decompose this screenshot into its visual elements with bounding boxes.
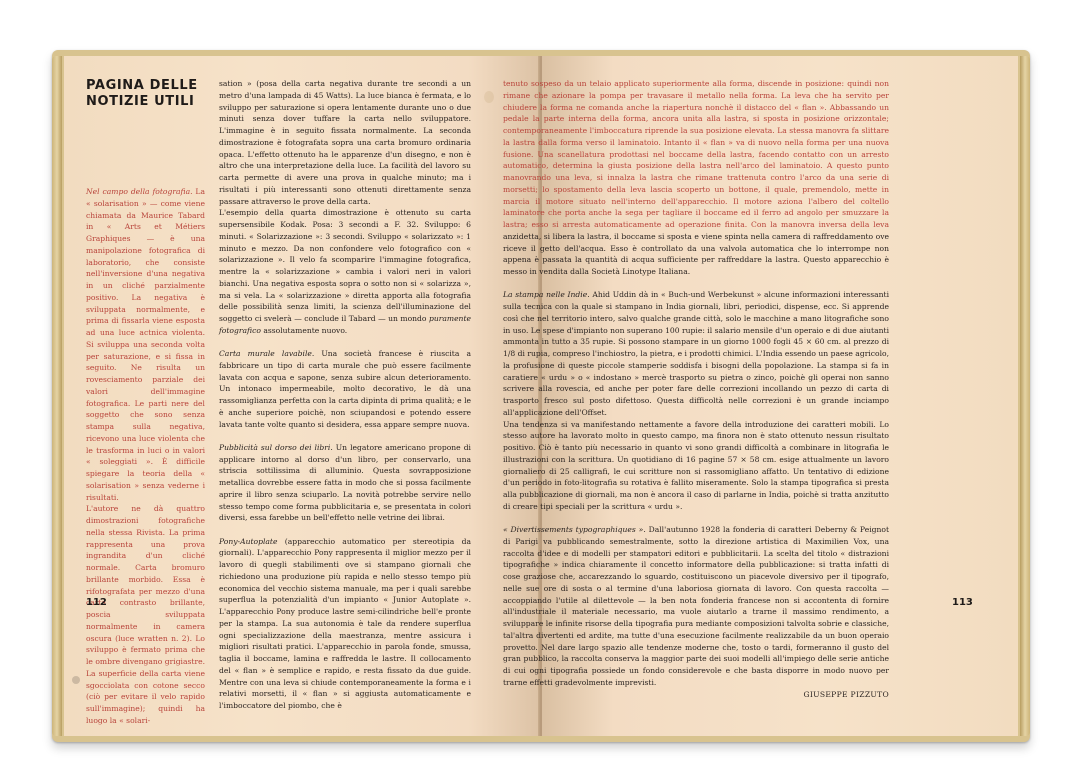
section-heading-pony: Pony-Autoplate bbox=[219, 537, 277, 546]
left-main-column: sation » (posa della carta negativa dura… bbox=[219, 78, 471, 712]
paper-stain bbox=[484, 91, 494, 103]
paragraph-caratteri-mobili: Una tendenza si va manifestando nettamen… bbox=[503, 419, 889, 513]
sidebar-column: Nel campo della fotografia. La « solaris… bbox=[86, 186, 205, 727]
sidebar-paragraph-2: L'autore ne dà quattro dimostrazioni fot… bbox=[86, 503, 205, 726]
paragraph-pony-autoplate: Pony-Autoplate (apparecchio automatico p… bbox=[219, 536, 471, 712]
paper-stain bbox=[72, 676, 80, 684]
paragraph-carta-murale: Carta murale lavabile. Una società franc… bbox=[219, 348, 471, 430]
book-cover-edge-left bbox=[52, 56, 62, 736]
page-number-right: 113 bbox=[952, 597, 973, 608]
page-title: PAGINA DELLE NOTIZIE UTILI bbox=[86, 78, 198, 110]
book-cover-edge-right bbox=[1020, 56, 1030, 736]
title-line-1: PAGINA DELLE bbox=[86, 78, 198, 94]
section-heading-divertissements: « Divertissements typographiques ». bbox=[503, 525, 646, 534]
paragraph-divertissements: « Divertissements typographiques ». Dall… bbox=[503, 524, 889, 689]
paragraph-solarisation-cont: sation » (posa della carta negativa dura… bbox=[219, 78, 471, 207]
paragraph-pony-continued: tenuto sospeso da un telaio applicato su… bbox=[503, 78, 889, 278]
right-main-column: tenuto sospeso da un telaio applicato su… bbox=[503, 78, 889, 700]
section-heading-indie: La stampa nelle Indie. bbox=[503, 290, 590, 299]
page-number-left: 112 bbox=[86, 597, 107, 608]
title-line-2: NOTIZIE UTILI bbox=[86, 94, 198, 110]
paragraph-stampa-indie: La stampa nelle Indie. Ahid Uddin dà in … bbox=[503, 289, 889, 418]
section-heading-carta: Carta murale lavabile. bbox=[219, 349, 314, 358]
sidebar-paragraph-1: Nel campo della fotografia. La « solaris… bbox=[86, 186, 205, 503]
paragraph-pubblicita: Pubblicità sul dorso dei libri. Un legat… bbox=[219, 442, 471, 524]
section-heading-pubblicita: Pubblicità sul dorso dei libri. bbox=[219, 443, 333, 452]
paragraph-quarta-dimostrazione: L'esempio della quarta dimostrazione è o… bbox=[219, 207, 471, 336]
article-author: GIUSEPPE PIZZUTO bbox=[503, 689, 889, 701]
section-heading-fotografia: Nel campo della fotografia. bbox=[86, 187, 193, 196]
